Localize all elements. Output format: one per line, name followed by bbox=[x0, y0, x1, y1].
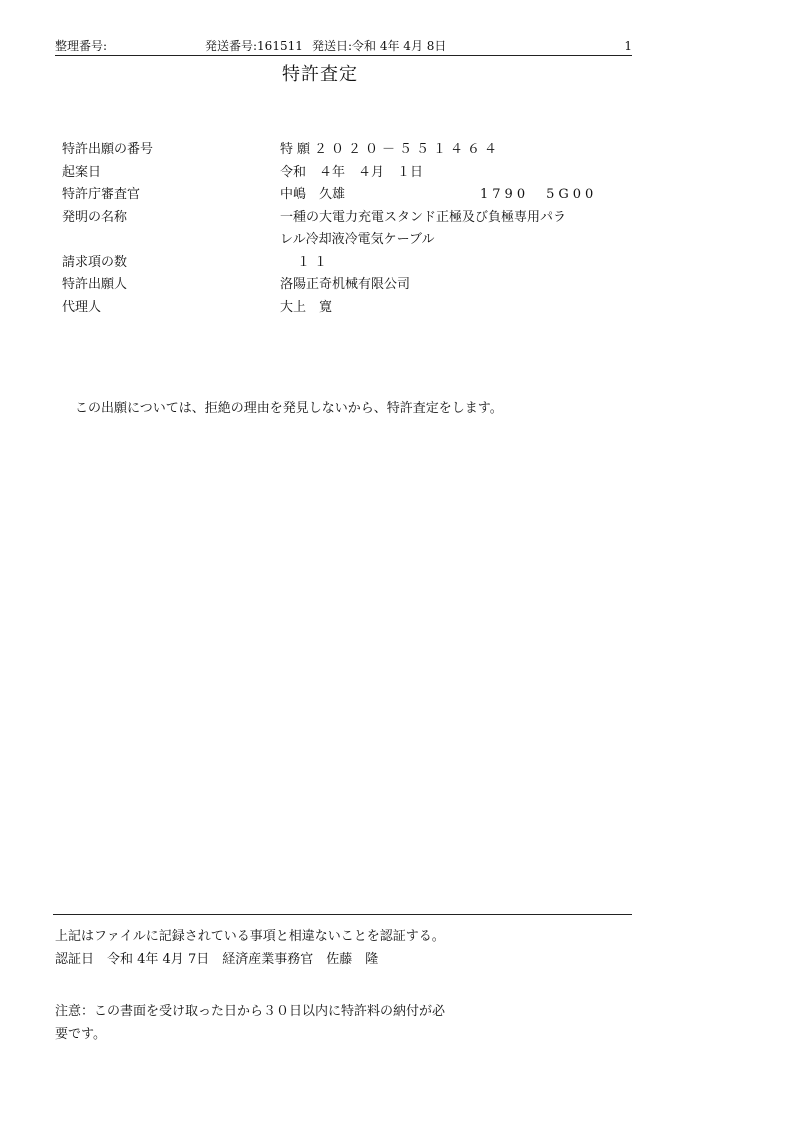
field-invention-title-cont: レル冷却液冷電気ケーブル bbox=[62, 229, 642, 252]
field-label: 特許庁審査官 bbox=[62, 184, 140, 207]
field-invention-title: 発明の名称 一種の大電力充電スタンド正極及び負極専用パラ bbox=[62, 207, 642, 230]
application-fields: 特許出願の番号 特願２０２０－５５１４６４ 起案日 令和 ４年 ４月 １日 特許… bbox=[62, 139, 642, 319]
page-number: 1 bbox=[624, 38, 632, 54]
field-value: 一種の大電力充電スタンド正極及び負極専用パラ bbox=[280, 207, 566, 230]
certification-text: 上記はファイルに記録されている事項と相違ないことを認証する。 bbox=[55, 925, 445, 948]
certification-block: 上記はファイルに記録されている事項と相違ないことを認証する。 認証日 令和 4年… bbox=[55, 925, 445, 971]
field-label: 起案日 bbox=[62, 162, 101, 185]
document-header: 整理番号: 発送番号:161511 発送日:令和 4年 4月 8日 1 bbox=[55, 38, 632, 56]
field-applicant: 特許出願人 洛陽正奇机械有限公司 bbox=[62, 274, 642, 297]
field-application-number: 特許出願の番号 特願２０２０－５５１４６４ bbox=[62, 139, 642, 162]
field-draft-date: 起案日 令和 ４年 ４月 １日 bbox=[62, 162, 642, 185]
field-value: 特願２０２０－５５１４６４ bbox=[280, 139, 501, 162]
field-examiner: 特許庁審査官 中嶋 久雄 1790 5G00 bbox=[62, 184, 642, 207]
examiner-code: 1790 5G00 bbox=[480, 184, 597, 207]
field-label: 代理人 bbox=[62, 297, 101, 320]
note-line-2: 要です。 bbox=[55, 1023, 555, 1046]
dispatch-number: 発送番号:161511 bbox=[205, 38, 303, 54]
field-label: 請求項の数 bbox=[62, 252, 127, 275]
field-claim-count: 請求項の数 １１ bbox=[62, 252, 642, 275]
field-label: 特許出願の番号 bbox=[62, 139, 153, 162]
certification-date-officer: 認証日 令和 4年 4月 7日 経済産業事務官 佐藤 隆 bbox=[55, 948, 445, 971]
field-label: 特許出願人 bbox=[62, 274, 127, 297]
field-value: 中嶋 久雄 bbox=[280, 184, 345, 207]
note-line-1: 注意：この書面を受け取った日から３０日以内に特許料の納付が必 bbox=[55, 1000, 555, 1023]
divider bbox=[53, 914, 632, 915]
seiri-number-label: 整理番号: bbox=[55, 38, 107, 54]
document-title: 特許査定 bbox=[282, 60, 358, 86]
field-value-continued: レル冷却液冷電気ケーブル bbox=[280, 229, 435, 252]
field-value: １１ bbox=[280, 252, 331, 275]
field-label: 発明の名称 bbox=[62, 207, 127, 230]
payment-note: 注意：この書面を受け取った日から３０日以内に特許料の納付が必 要です。 bbox=[55, 1000, 555, 1046]
field-value: 大上 寛 bbox=[280, 297, 332, 320]
field-value: 洛陽正奇机械有限公司 bbox=[280, 274, 410, 297]
decision-statement: この出願については、拒絶の理由を発見しないから、特許査定をします。 bbox=[75, 397, 503, 416]
field-agent: 代理人 大上 寛 bbox=[62, 297, 642, 320]
field-value: 令和 ４年 ４月 １日 bbox=[280, 162, 423, 185]
dispatch-date: 発送日:令和 4年 4月 8日 bbox=[312, 38, 446, 54]
